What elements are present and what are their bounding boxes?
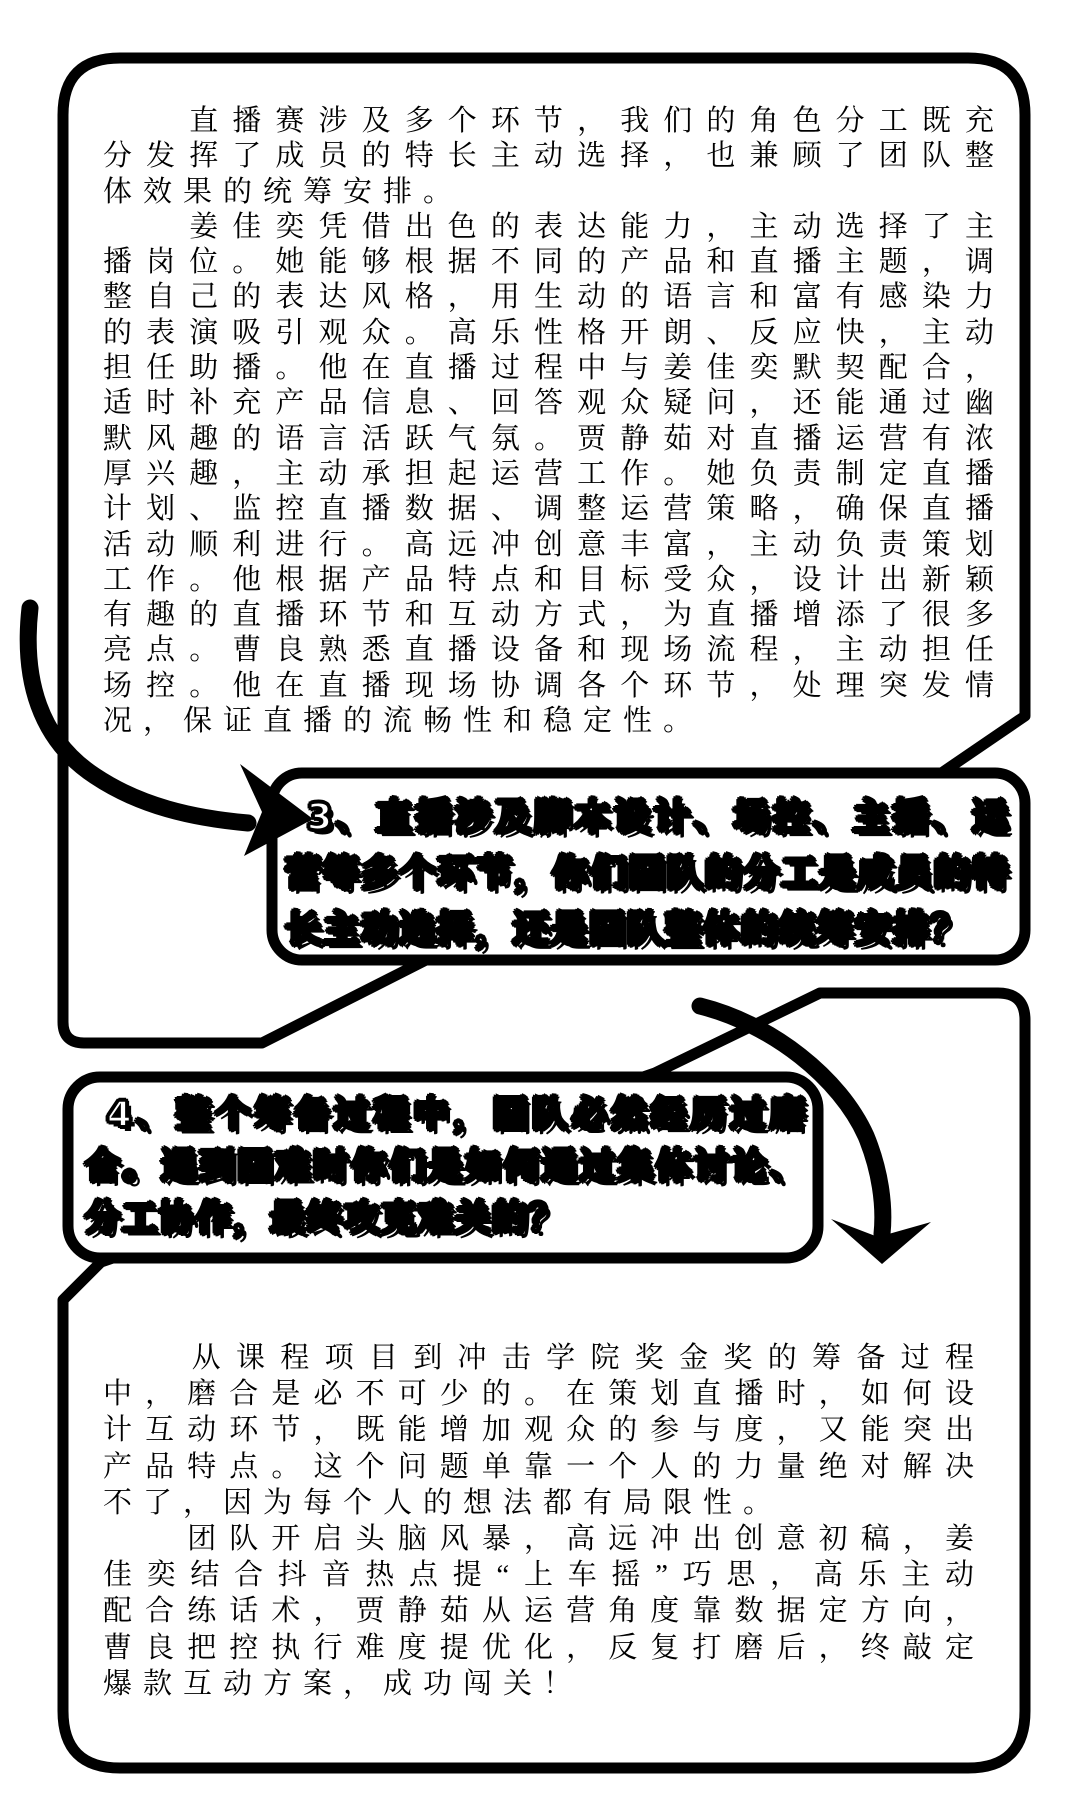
text-line: 从课程项目到冲击学院奖金奖的筹备过程 [103,1340,985,1376]
answer-2-text-block: 从课程项目到冲击学院奖金奖的筹备过程 中，磨合是必不可少的。在策划直播时，如何设… [103,1340,985,1702]
text-line: 活动顺利进行。高远冲创意丰富，主动负责策划 [103,528,1005,563]
text-line: 适时补充产品信息、回答观众疑问，还能通过幽 [103,386,1005,421]
text-line: 计互动环节，既能增加观众的参与度，又能突出 [103,1412,985,1448]
text-line: 配合练话术，贾静茹从运营角度靠数据定方向， [103,1593,985,1629]
text-line: 爆款互动方案，成功闯关！ [103,1666,985,1702]
text-line: 播岗位。她能够根据不同的产品和直播主题，调 [103,245,1005,280]
question-3-text-block: 3、直播涉及脚本设计、场控、主播、运 营等多个环节，你们团队的分工是成员的特 长… [285,790,1010,958]
text-line: 分工协作，最终攻克难关的？ [85,1193,807,1245]
text-line: 计划、监控直播数据、调整运营策略，确保直播 [103,492,1005,527]
comic-qa-page: 直播赛涉及多个环节，我们的角色分工既充 分发挥了成员的特长主动选择，也兼顾了团队… [0,0,1080,1818]
text-line: 直播赛涉及多个环节，我们的角色分工既充 [103,104,1005,139]
text-line: 长主动选择，还是团队整体的统筹安排？ [285,902,1010,958]
answer-1-text-block: 直播赛涉及多个环节，我们的角色分工既充 分发挥了成员的特长主动选择，也兼顾了团队… [103,104,1005,739]
text-line: 况，保证直播的流畅性和稳定性。 [103,704,1005,739]
text-line: 姜佳奕凭借出色的表达能力，主动选择了主 [103,210,1005,245]
text-line: 工作。他根据产品特点和目标受众，设计出新颖 [103,563,1005,598]
text-line: 有趣的直播环节和互动方式，为直播增添了很多 [103,598,1005,633]
text-line: 场控。他在直播现场协调各个环节，处理突发情 [103,669,1005,704]
text-line: 整自己的表达风格，用生动的语言和富有感染力 [103,280,1005,315]
text-line: 不了，因为每个人的想法都有局限性。 [103,1485,985,1521]
text-line: 分发挥了成员的特长主动选择，也兼顾了团队整 [103,139,1005,174]
text-line: 4、整个筹备过程中，团队必然经历过磨 [85,1089,807,1141]
text-line: 曹良把控执行难度提优化，反复打磨后，终敲定 [103,1630,985,1666]
text-line: 合。遇到困难时你们是如何通过集体讨论、 [85,1141,807,1193]
text-line: 亮点。曹良熟悉直播设备和现场流程，主动担任 [103,633,1005,668]
question-4-text-block: 4、整个筹备过程中，团队必然经历过磨 合。遇到困难时你们是如何通过集体讨论、 分… [85,1089,807,1245]
text-line: 产品特点。这个问题单靠一个人的力量绝对解决 [103,1449,985,1485]
text-line: 团队开启头脑风暴，高远冲出创意初稿，姜 [103,1521,985,1557]
text-line: 佳奕结合抖音热点提“上车摇”巧思，高乐主动 [103,1557,985,1593]
text-line: 默风趣的语言活跃气氛。贾静茹对直播运营有浓 [103,422,1005,457]
text-line: 厚兴趣，主动承担起运营工作。她负责制定直播 [103,457,1005,492]
text-line: 体效果的统筹安排。 [103,175,1005,210]
text-line: 担任助播。他在直播过程中与姜佳奕默契配合， [103,351,1005,386]
text-line: 营等多个环节，你们团队的分工是成员的特 [285,846,1010,902]
text-line: 3、直播涉及脚本设计、场控、主播、运 [285,790,1010,846]
text-line: 的表演吸引观众。高乐性格开朗、反应快，主动 [103,316,1005,351]
text-line: 中，磨合是必不可少的。在策划直播时，如何设 [103,1376,985,1412]
